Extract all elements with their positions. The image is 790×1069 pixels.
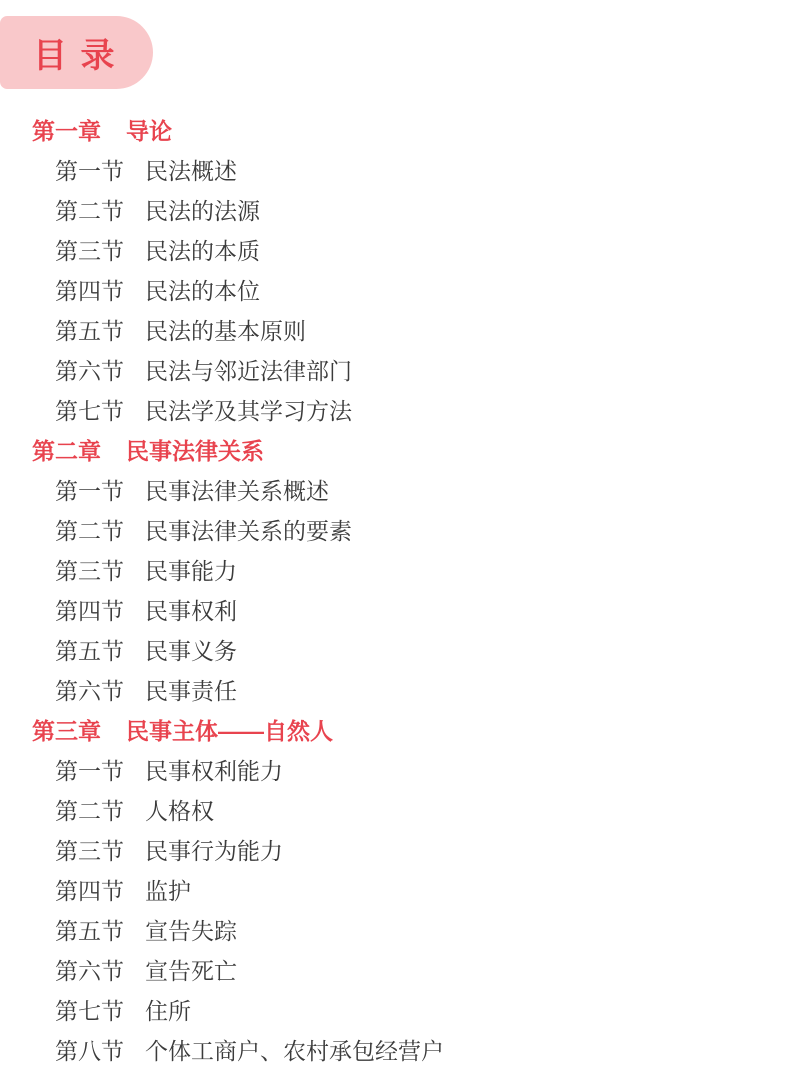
- toc-section-row[interactable]: 第四节监护: [0, 871, 790, 911]
- section-title: 民法学及其学习方法: [145, 391, 352, 431]
- section-number: 第一节: [55, 471, 124, 511]
- chapter-number: 第一章: [32, 111, 101, 151]
- toc-section-row[interactable]: 第一节民法概述: [0, 151, 790, 191]
- toc-chapter-row[interactable]: 第三章民事主体——自然人: [0, 711, 790, 751]
- section-number: 第四节: [55, 591, 124, 631]
- section-title: 民事权利: [145, 591, 237, 631]
- section-number: 第二节: [55, 191, 124, 231]
- toc-section-row[interactable]: 第二节民法的法源: [0, 191, 790, 231]
- section-title: 民事权利能力: [145, 751, 283, 791]
- section-number: 第二节: [55, 511, 124, 551]
- toc-section-row[interactable]: 第三节民事行为能力: [0, 831, 790, 871]
- section-title: 民事法律关系概述: [145, 471, 329, 511]
- toc-section-row[interactable]: 第六节宣告死亡: [0, 951, 790, 991]
- section-number: 第七节: [55, 391, 124, 431]
- section-title: 住所: [145, 991, 191, 1031]
- toc-section-row[interactable]: 第二节民事法律关系的要素: [0, 511, 790, 551]
- toc-section-row[interactable]: 第六节民法与邻近法律部门: [0, 351, 790, 391]
- section-title: 民事能力: [145, 551, 237, 591]
- section-number: 第一节: [55, 751, 124, 791]
- chapter-title: 导论: [126, 111, 172, 151]
- section-title: 人格权: [145, 791, 214, 831]
- toc-chapter-row[interactable]: 第二章民事法律关系: [0, 431, 790, 471]
- toc-section-row[interactable]: 第一节民事权利能力: [0, 751, 790, 791]
- toc-section-row[interactable]: 第三节民法的本质: [0, 231, 790, 271]
- section-title: 民事义务: [145, 631, 237, 671]
- section-number: 第五节: [55, 631, 124, 671]
- section-title: 民法的基本原则: [145, 311, 306, 351]
- chapter-title: 民事主体——自然人: [126, 711, 333, 751]
- toc-section-row[interactable]: 第六节民事责任: [0, 671, 790, 711]
- toc-section-row[interactable]: 第五节民事义务: [0, 631, 790, 671]
- section-number: 第三节: [55, 551, 124, 591]
- section-number: 第二节: [55, 791, 124, 831]
- toc-section-row[interactable]: 第四节民法的本位: [0, 271, 790, 311]
- section-title: 民事行为能力: [145, 831, 283, 871]
- section-title: 民法概述: [145, 151, 237, 191]
- section-number: 第六节: [55, 671, 124, 711]
- chapter-number: 第二章: [32, 431, 101, 471]
- section-number: 第三节: [55, 231, 124, 271]
- section-number: 第一节: [55, 151, 124, 191]
- section-title: 个体工商户、农村承包经营户: [145, 1031, 444, 1069]
- section-title: 民法与邻近法律部门: [145, 351, 352, 391]
- section-number: 第六节: [55, 951, 124, 991]
- section-number: 第四节: [55, 871, 124, 911]
- section-number: 第八节: [55, 1031, 124, 1069]
- section-number: 第三节: [55, 831, 124, 871]
- toc-section-row[interactable]: 第五节民法的基本原则: [0, 311, 790, 351]
- section-title: 宣告失踪: [145, 911, 237, 951]
- section-title: 监护: [145, 871, 191, 911]
- chapter-title: 民事法律关系: [126, 431, 264, 471]
- section-title: 民事责任: [145, 671, 237, 711]
- section-number: 第七节: [55, 991, 124, 1031]
- section-number: 第六节: [55, 351, 124, 391]
- section-number: 第四节: [55, 271, 124, 311]
- section-title: 民法的本质: [145, 231, 260, 271]
- toc-section-row[interactable]: 第一节民事法律关系概述: [0, 471, 790, 511]
- toc-list: 第一章导论第一节民法概述第二节民法的法源第三节民法的本质第四节民法的本位第五节民…: [0, 111, 790, 1069]
- toc-section-row[interactable]: 第八节个体工商户、农村承包经营户: [0, 1031, 790, 1069]
- toc-chapter-row[interactable]: 第一章导论: [0, 111, 790, 151]
- toc-section-row[interactable]: 第七节住所: [0, 991, 790, 1031]
- section-number: 第五节: [55, 311, 124, 351]
- section-number: 第五节: [55, 911, 124, 951]
- page-title: 目 录: [0, 28, 116, 77]
- toc-section-row[interactable]: 第三节民事能力: [0, 551, 790, 591]
- toc-section-row[interactable]: 第七节民法学及其学习方法: [0, 391, 790, 431]
- toc-section-row[interactable]: 第四节民事权利: [0, 591, 790, 631]
- toc-section-row[interactable]: 第二节人格权: [0, 791, 790, 831]
- toc-header-pill: 目 录: [0, 16, 153, 89]
- chapter-number: 第三章: [32, 711, 101, 751]
- section-title: 民法的法源: [145, 191, 260, 231]
- toc-section-row[interactable]: 第五节宣告失踪: [0, 911, 790, 951]
- section-title: 民事法律关系的要素: [145, 511, 352, 551]
- section-title: 民法的本位: [145, 271, 260, 311]
- section-title: 宣告死亡: [145, 951, 237, 991]
